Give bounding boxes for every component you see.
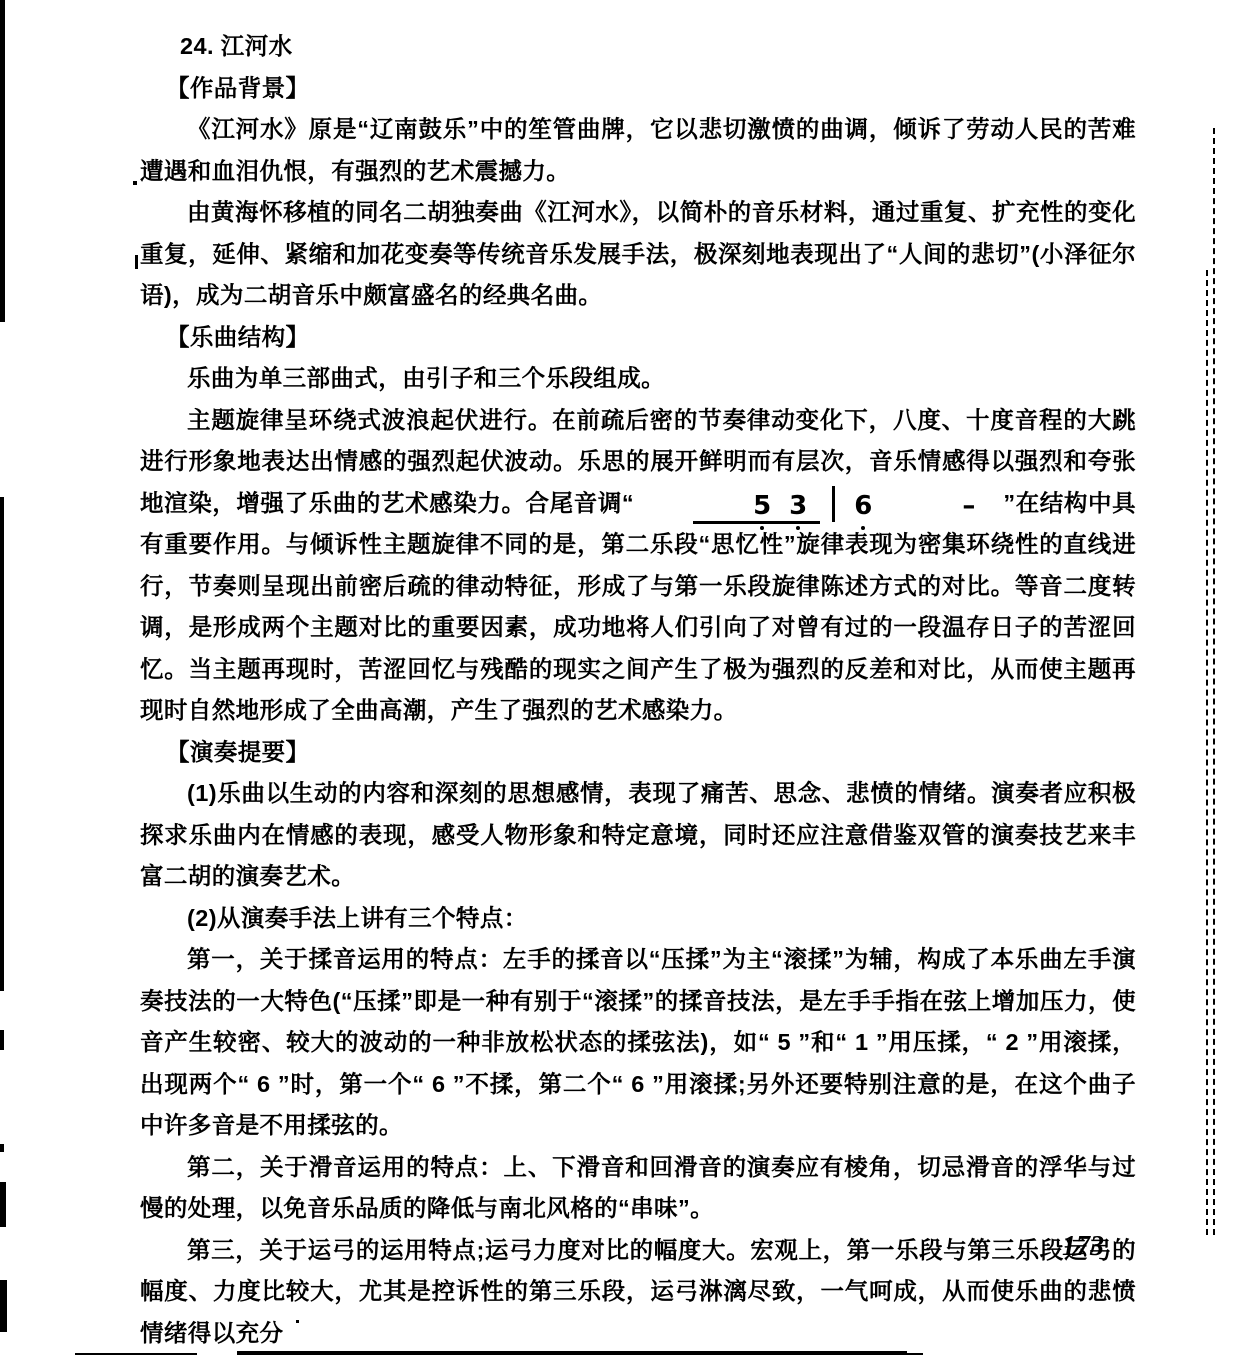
jianpu-note-5: 5 [744, 493, 780, 519]
jianpu-beam: 53 [693, 493, 820, 524]
scan-edge-line-left-5 [0, 1182, 6, 1227]
section-heading-background: 【作品背景】 [140, 68, 1136, 110]
low-octave-dot [796, 526, 800, 530]
paragraph-structure-2: 主题旋律呈环绕式波浪起伏进行。在前疏后密的节奏律动变化下，八度、十度音程的大跳进… [140, 400, 1136, 732]
low-octave-dot [760, 526, 764, 530]
piece-title: 24. 江河水 [140, 26, 1136, 68]
section-heading-structure: 【乐曲结构】 [140, 317, 1136, 359]
book-page: 24. 江河水 【作品背景】 《江河水》原是“辽南鼓乐”中的笙管曲牌，它以悲切激… [0, 0, 1233, 1372]
paragraph-structure-1: 乐曲为单三部曲式，由引子和三个乐段组成。 [140, 358, 1136, 400]
jianpu-barline [832, 486, 835, 522]
scan-edge-dashed-line-right-1 [1206, 270, 1208, 1235]
jianpu-notation: 536– [646, 486, 993, 524]
scan-bottom-rule-thin [75, 1353, 197, 1355]
scan-edge-dashed-line-right-2 [1213, 128, 1215, 1235]
scan-speck-1 [133, 181, 137, 185]
scan-bottom-rule-thick [237, 1351, 907, 1355]
paragraph-performance-2: (2)从演奏手法上讲有三个特点： [140, 898, 1136, 940]
scan-edge-line-left-2 [0, 497, 4, 991]
paragraph-background-1: 《江河水》原是“辽南鼓乐”中的笙管曲牌，它以悲切激愤的曲调，倾诉了劳动人民的苦难… [140, 109, 1136, 192]
page-number: 173 [1062, 1231, 1122, 1263]
scan-speck-2 [135, 255, 138, 269]
paragraph-performance-4: 第二，关于滑音运用的特点：上、下滑音和回滑音的演奏应有棱角，切忌滑音的浮华与过慢… [140, 1147, 1136, 1230]
page-body: 24. 江河水 【作品背景】 《江河水》原是“辽南鼓乐”中的笙管曲牌，它以悲切激… [140, 26, 1136, 1354]
paragraph-performance-3: 第一，关于揉音运用的特点：左手的揉音以“压揉”为主“滚揉”为辅，构成了本乐曲左手… [140, 939, 1136, 1147]
paragraph-performance-1: (1)乐曲以生动的内容和深刻的思想感情，表现了痛苦、思念、悲愤的情绪。演奏者应积… [140, 773, 1136, 898]
music-paragraph-post-text: ”在结构中具有重要作用。与倾诉性主题旋律不同的是，第二乐段“思忆性”旋律表现为密… [140, 490, 1136, 724]
scan-edge-line-left-3 [0, 1030, 4, 1050]
scan-speck-3 [296, 1320, 299, 1323]
paragraph-performance-5: 第三，关于运弓的运用特点;运弓力度对比的幅度大。宏观上，第一乐段与第三乐段运弓的… [140, 1230, 1136, 1355]
paragraph-background-2: 由黄海怀移植的同名二胡独奏曲《江河水》，以简朴的音乐材料，通过重复、扩充性的变化… [140, 192, 1136, 317]
scan-edge-line-left-6 [0, 1280, 7, 1332]
jianpu-note-3: 3 [780, 493, 816, 519]
low-octave-dot [861, 526, 865, 530]
jianpu-dash: – [915, 493, 975, 519]
jianpu-note-6: 6 [845, 493, 881, 519]
scan-edge-line-left-1 [0, 0, 5, 322]
scan-edge-line-left-4 [0, 1144, 4, 1152]
section-heading-performance: 【演奏提要】 [140, 732, 1136, 774]
scan-bottom-rule-tail [905, 1353, 923, 1355]
